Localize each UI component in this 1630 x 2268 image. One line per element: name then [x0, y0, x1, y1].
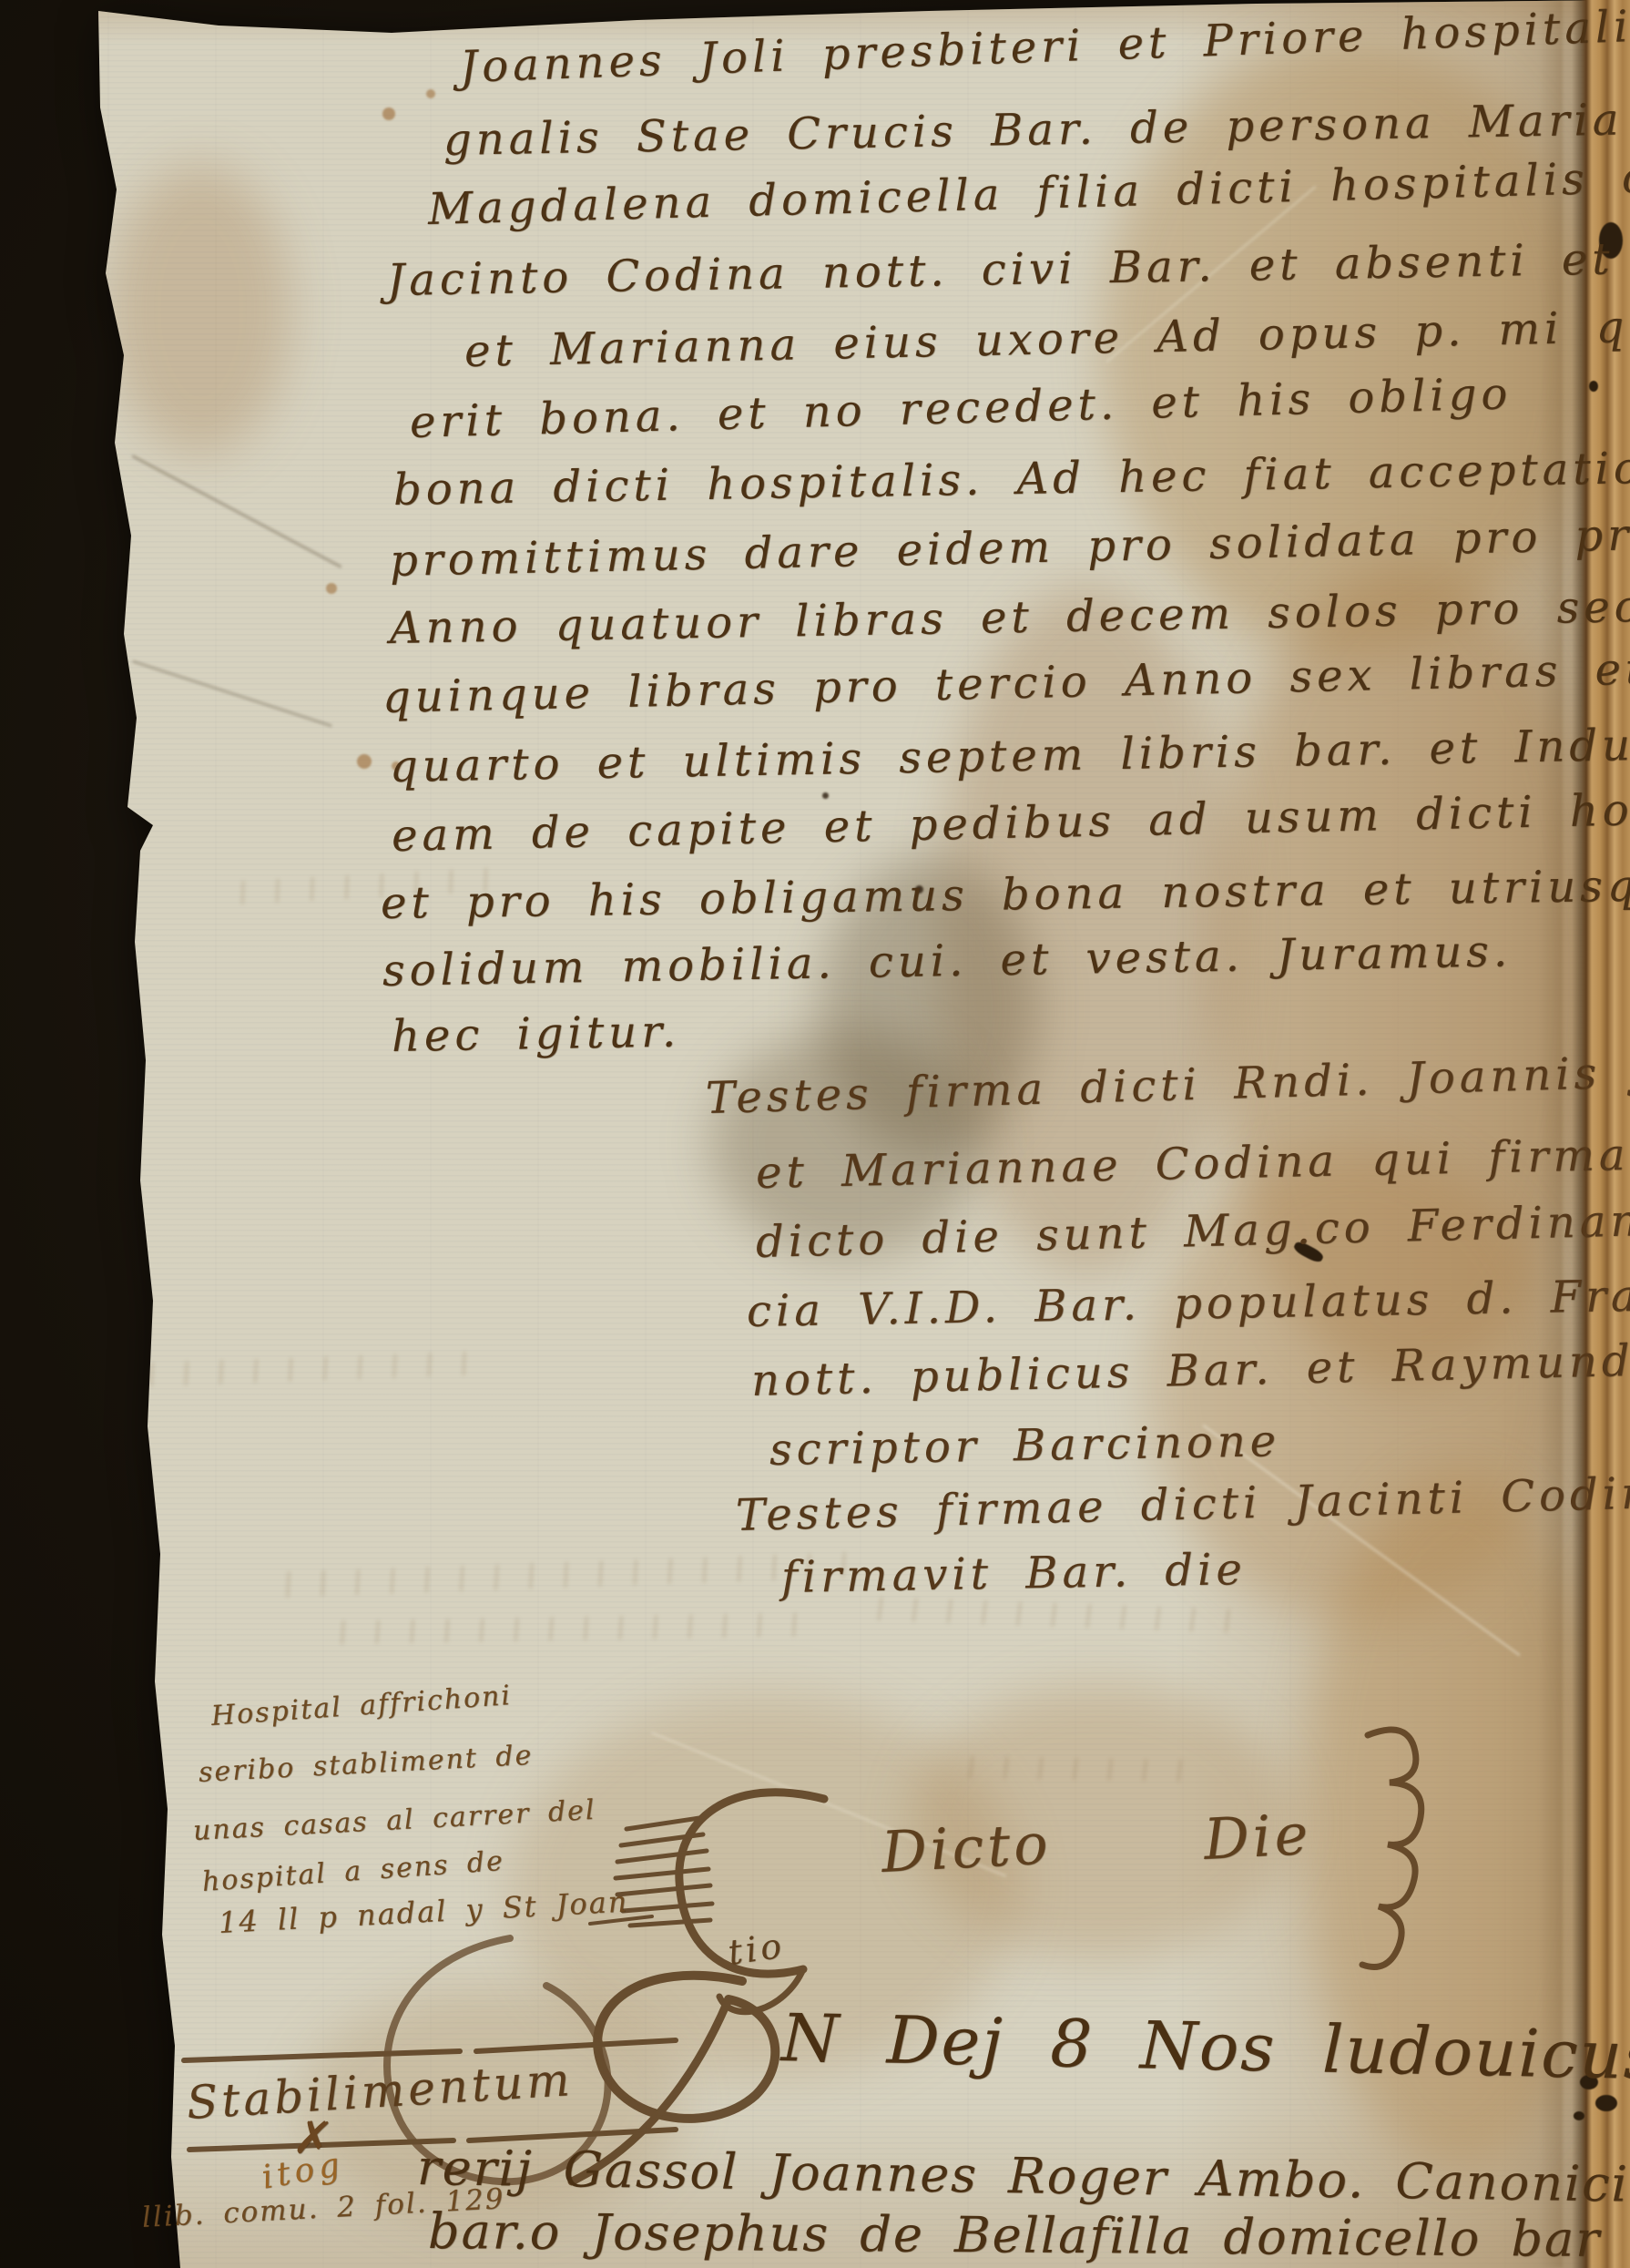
foxing-spot [357, 754, 372, 769]
fold-line [132, 660, 332, 728]
stain [109, 164, 291, 455]
date-heading-right: Die [1202, 1803, 1313, 1871]
ink-speck [822, 792, 829, 799]
show-through-text [328, 1612, 801, 1644]
manuscript-line: hec igitur. [392, 1007, 681, 1060]
witness-line: firmavit Bar. die [781, 1546, 1248, 1602]
foxing-spot [326, 583, 337, 594]
date-heading-subtext: tio [726, 1927, 788, 1973]
ink-blot [1595, 2095, 1617, 2111]
witness-line: scriptor Barcinone [769, 1417, 1281, 1475]
fold-line [132, 455, 342, 568]
foxing-spot [426, 89, 435, 98]
show-through-text [273, 1552, 857, 1598]
show-through-text [956, 1756, 1193, 1783]
ink-blot [1589, 381, 1598, 392]
ink-blot [1574, 2111, 1584, 2120]
date-heading-left: Dicto [880, 1813, 1053, 1884]
closing-line: bar.o Josephus de Bellafilla domicello b… [428, 2204, 1601, 2266]
foxing-spot [382, 107, 395, 120]
manuscript-scan: Joannes Joli presbiteri et Priore hospit… [0, 0, 1630, 2268]
show-through-text [137, 1351, 484, 1386]
show-through-text [865, 1597, 1248, 1634]
